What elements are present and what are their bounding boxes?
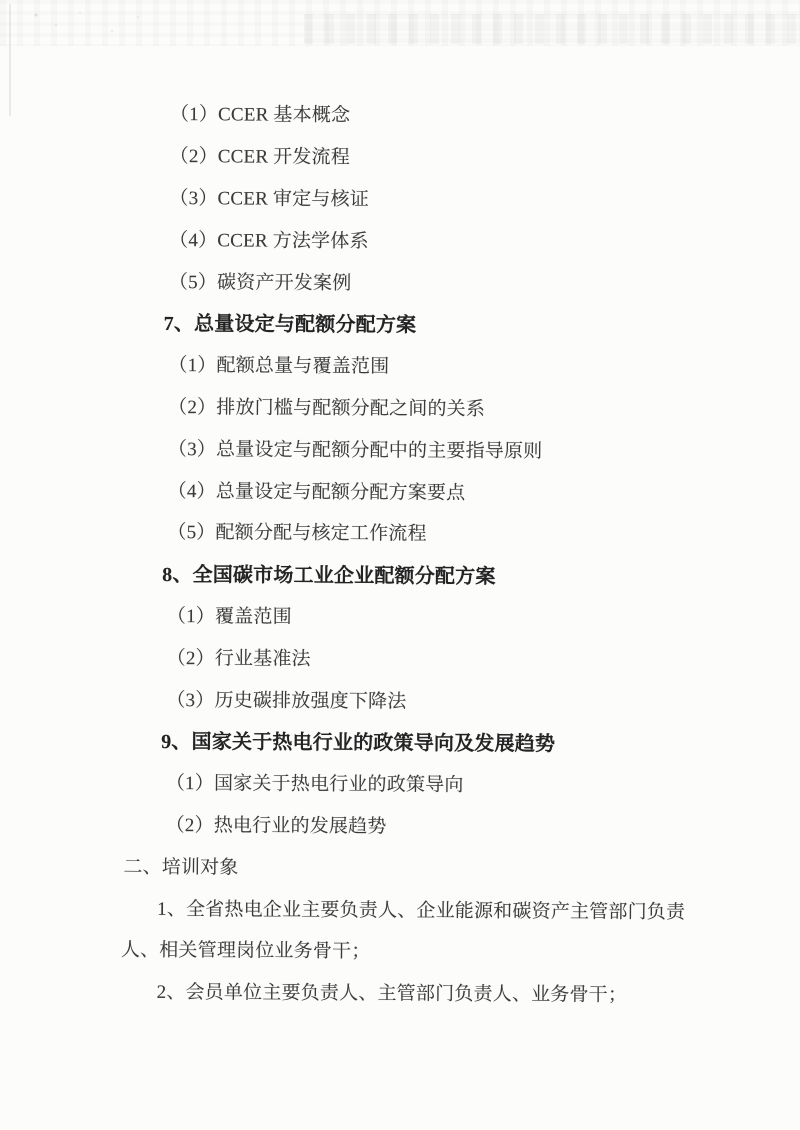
- document-outline: （1）CCER 基本概念 （2）CCER 开发流程 （3）CCER 审定与核证 …: [0, 0, 800, 1130]
- outline-item: （1）国家关于热电行业的政策导向: [0, 760, 796, 807]
- paragraph-line: 人、相关管理岗位业务骨干；: [0, 927, 795, 974]
- scanned-document-page: （1）CCER 基本概念 （2）CCER 开发流程 （3）CCER 审定与核证 …: [0, 0, 800, 1130]
- outline-item: （1）配额总量与覆盖范围: [0, 342, 799, 389]
- outline-item: （1）覆盖范围: [0, 593, 797, 640]
- outline-item: （4）总量设定与配额分配方案要点: [0, 467, 798, 514]
- outline-item: （3）CCER 审定与核证: [0, 175, 800, 222]
- paragraph-line: 1、全省热电企业主要负责人、企业能源和碳资产主管部门负责: [0, 885, 795, 932]
- outline-item: （2）热电行业的发展趋势: [0, 801, 796, 848]
- outline-header-9: 9、国家关于热电行业的政策导向及发展趋势: [0, 718, 796, 765]
- outline-header-8: 8、全国碳市场工业企业配额分配方案: [0, 551, 797, 598]
- section-heading-training-targets: 二、培训对象: [0, 843, 796, 890]
- outline-item: （2）CCER 开发流程: [0, 133, 800, 180]
- outline-item: （5）碳资产开发案例: [0, 258, 799, 305]
- outline-item: （3）历史碳排放强度下降法: [0, 676, 797, 723]
- outline-item: （2）排放门槛与配额分配之间的关系: [0, 384, 798, 431]
- outline-item: （3）总量设定与配额分配中的主要指导原则: [0, 425, 798, 472]
- outline-item: （2）行业基准法: [0, 634, 797, 681]
- paragraph-line: 2、会员单位主要负责人、主管部门负责人、业务骨干；: [0, 969, 795, 1016]
- outline-item: （5）配额分配与核定工作流程: [0, 509, 798, 556]
- outline-item: （1）CCER 基本概念: [0, 91, 800, 138]
- outline-item: （4）CCER 方法学体系: [0, 216, 799, 263]
- outline-header-7: 7、总量设定与配额分配方案: [0, 300, 799, 347]
